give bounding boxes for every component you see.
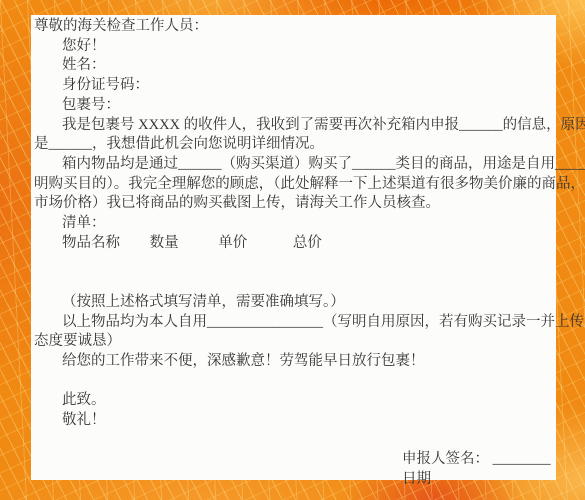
salutation-line: 尊敬的海关检查工作人员：	[34, 17, 544, 37]
column-item-name: 物品名称	[62, 234, 120, 254]
greeting-line: 您好！	[34, 37, 544, 57]
id-number-field-line: 身份证号码：	[34, 76, 544, 96]
name-field-line: 姓名：	[34, 56, 544, 76]
parcel-number-field-line: 包裹号：	[34, 96, 544, 116]
explanation-paragraph-line-2: 明购买目的）。我完全理解您的顾虑，（此处解释一下上述渠道有很多物美价廉的商品，低…	[34, 175, 544, 195]
explanation-paragraph-line-1: 箱内物品均是通过______（购买渠道）购买了______类目的商品，用途是自用…	[34, 155, 544, 175]
closing-line-2: 敬礼！	[34, 411, 544, 431]
blank-line	[34, 431, 544, 451]
personal-use-paragraph-line-1: 以上物品均为本人自用________________（写明自用原因，若有购买记录…	[34, 313, 544, 333]
personal-use-paragraph-line-2: 态度要诚恳）	[34, 332, 544, 352]
list-label-line: 清单：	[34, 214, 544, 234]
intro-paragraph-line-2: 是______，我想借此机会向您说明详细情况。	[34, 135, 544, 155]
apology-line: 给您的工作带来不便，深感歉意！劳驾能早日放行包裹！	[34, 352, 544, 372]
explanation-paragraph-line-3: 市场价格）我已将商品的购买截图上传，请海关工作人员核查。	[34, 194, 544, 214]
column-unit-price: 单价	[218, 234, 247, 254]
letter-document: 尊敬的海关检查工作人员： 您好！ 姓名： 身份证号码： 包裹号： 我是包裹号 X…	[31, 15, 556, 480]
blank-line	[34, 273, 544, 293]
date-line: 日期	[402, 470, 544, 490]
blank-line	[34, 253, 544, 273]
item-table-header-row: 物品名称 数量 单价 总价	[34, 234, 544, 254]
blank-line	[34, 372, 544, 392]
column-quantity: 数量	[150, 234, 179, 254]
closing-line-1: 此致。	[34, 391, 544, 411]
column-total-price: 总价	[293, 234, 322, 254]
declarant-signature-line: 申报人签名： ________	[402, 450, 544, 470]
format-note-line: （按照上述格式填写清单，需要准确填写。）	[34, 293, 544, 313]
intro-paragraph-line-1: 我是包裹号 XXXX 的收件人，我收到了需要再次补充箱内申报______的信息，…	[34, 116, 544, 136]
